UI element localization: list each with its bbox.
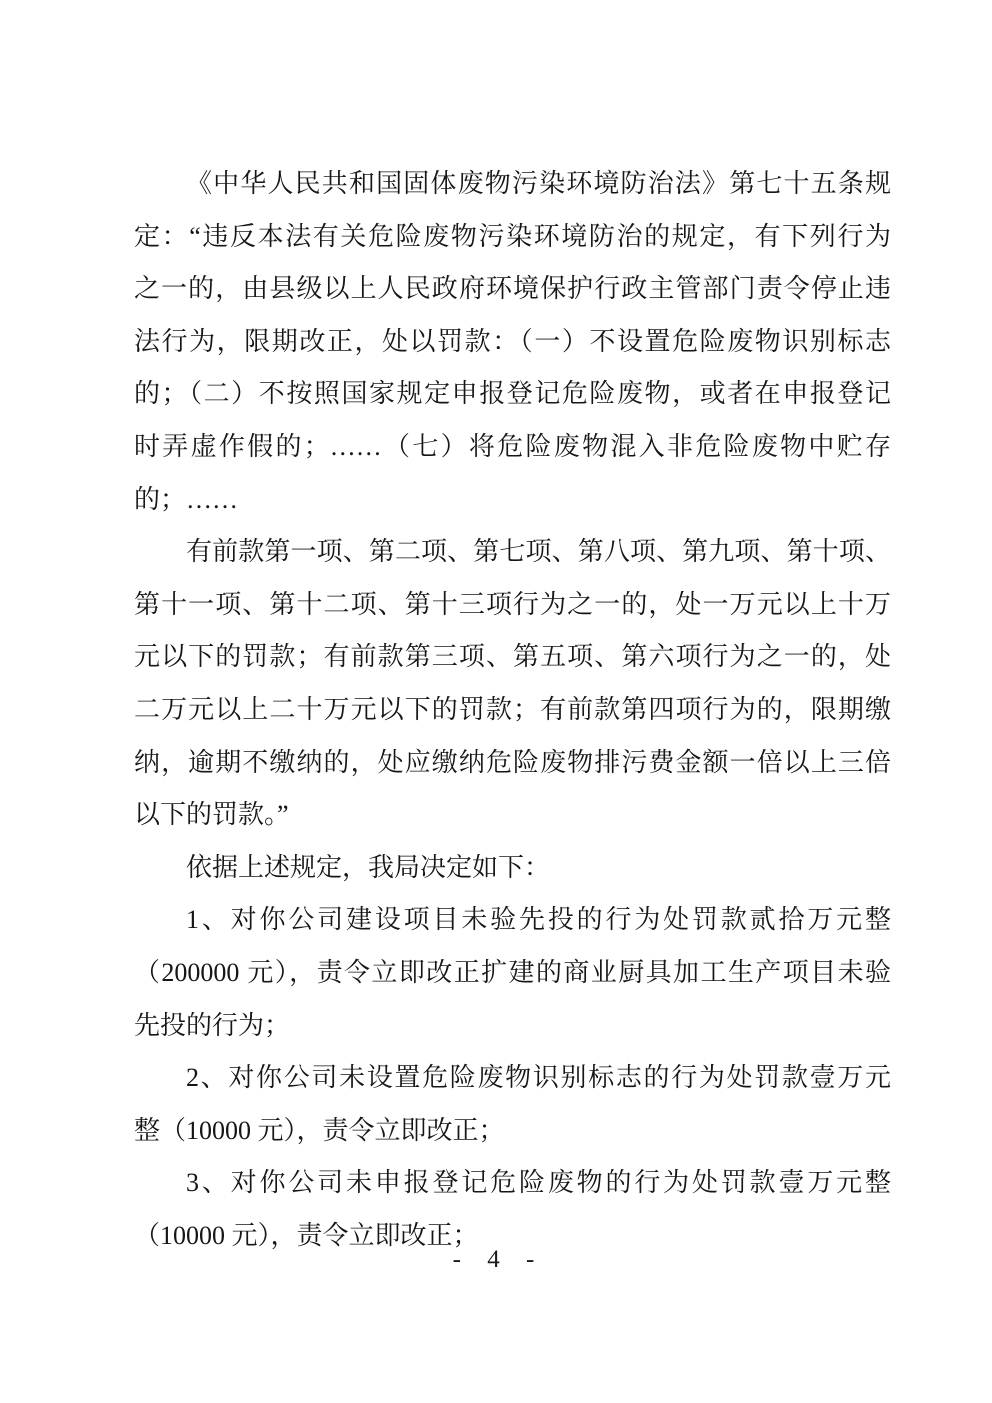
text-line: 之一的，由县级以上人民政府环境保护行政主管部门责令停止违 [134, 263, 891, 316]
text-line: 《中华人民共和国固体废物污染环境防治法》第七十五条规 [134, 158, 891, 211]
text-line: 二万元以上二十万元以下的罚款；有前款第四项行为的，限期缴 [134, 684, 891, 737]
text-line: 定：“违反本法有关危险废物污染环境防治的规定，有下列行为 [134, 211, 891, 264]
text-line: 3、对你公司未申报登记危险废物的行为处罚款壹万元整 [134, 1157, 891, 1210]
document-page: 《中华人民共和国固体废物污染环境防治法》第七十五条规定：“违反本法有关危险废物污… [0, 0, 992, 1403]
text-line: 有前款第一项、第二项、第七项、第八项、第九项、第十项、 [134, 526, 891, 579]
text-line: 1、对你公司建设项目未验先投的行为处罚款贰拾万元整 [134, 894, 891, 947]
document-body: 《中华人民共和国固体废物污染环境防治法》第七十五条规定：“违反本法有关危险废物污… [134, 158, 891, 1262]
text-line: 以下的罚款。” [134, 789, 891, 842]
text-line: 的；…… [134, 474, 891, 527]
text-line: 第十一项、第十二项、第十三项行为之一的，处一万元以上十万 [134, 579, 891, 632]
text-line: 整（10000 元），责令立即改正； [134, 1105, 891, 1158]
text-line: 2、对你公司未设置危险废物识别标志的行为处罚款壹万元 [134, 1052, 891, 1105]
text-line: 的；（二）不按照国家规定申报登记危险废物，或者在申报登记 [134, 368, 891, 421]
text-line: 纳，逾期不缴纳的，处应缴纳危险废物排污费金额一倍以上三倍 [134, 737, 891, 790]
text-line: （200000 元），责令立即改正扩建的商业厨具加工生产项目未验 [134, 947, 891, 1000]
text-line: 依据上述规定，我局决定如下： [134, 842, 891, 895]
page-number: - 4 - [0, 1246, 992, 1274]
text-line: 时弄虚作假的；……（七）将危险废物混入非危险废物中贮存 [134, 421, 891, 474]
text-line: 先投的行为； [134, 1000, 891, 1053]
text-line: 元以下的罚款；有前款第三项、第五项、第六项行为之一的，处 [134, 631, 891, 684]
text-line: 法行为，限期改正，处以罚款：（一）不设置危险废物识别标志 [134, 316, 891, 369]
